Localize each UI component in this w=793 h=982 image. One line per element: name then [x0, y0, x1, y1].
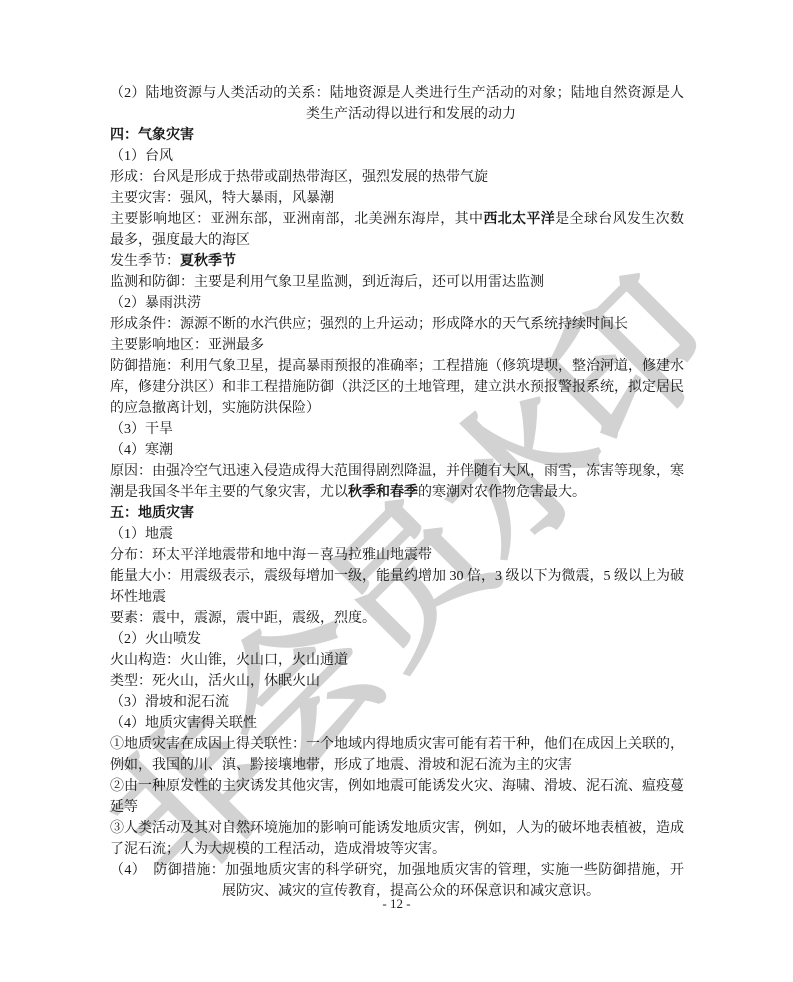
text-line: 火山构造：火山锥，火山口，火山通道: [110, 650, 684, 671]
text-segment: （2）火山喷发: [110, 632, 201, 647]
text-line: 的应急撤离计划，实施防洪保险）: [110, 398, 684, 419]
text-segment: 形成：台风是形成于热带或副热带海区，强烈发展的热带气旋: [110, 170, 488, 185]
text-line: （4）寒潮: [110, 440, 684, 461]
text-segment: 主要影响地区：亚洲最多: [110, 338, 264, 353]
text-line: 类生产活动得以进行和发展的动力: [110, 104, 684, 125]
text-segment: 类生产活动得以进行和发展的动力: [306, 107, 516, 122]
text-segment: （1）台风: [110, 149, 173, 164]
text-segment: 最多，强度最大的海区: [110, 233, 250, 248]
text-line: 五：地质灾害: [110, 503, 684, 524]
text-segment: 类型：死火山，活火山，休眠火山: [110, 674, 320, 689]
text-segment: 的寒潮对农作物危害最大。: [418, 485, 586, 500]
text-line: 最多，强度最大的海区: [110, 230, 684, 251]
text-line: （3）干旱: [110, 419, 684, 440]
text-segment: （2）暴雨洪涝: [110, 296, 201, 311]
text-segment: （3）干旱: [110, 422, 173, 437]
text-line: 潮是我国冬半年主要的气象灾害，尤以秋季和春季的寒潮对农作物危害最大。: [110, 482, 684, 503]
text-line: 分布：环太平洋地震带和地中海－喜马拉雅山地震带: [110, 545, 684, 566]
bold-text-segment: 夏秋季节: [180, 254, 236, 269]
text-line: 形成：台风是形成于热带或副热带海区，强烈发展的热带气旋: [110, 167, 684, 188]
text-line: 库，修建分洪区）和非工程措施防御（洪泛区的土地管理，建立洪水预报警报系统，拟定居…: [110, 377, 684, 398]
text-segment: 监测和防御：主要是利用气象卫星监测，到近海后，还可以用雷达监测: [110, 275, 544, 290]
text-line: 要素：震中，震源，震中距，震级，烈度。: [110, 608, 684, 629]
text-segment: （2）陆地资源与人类活动的关系：陆地资源是人类进行生产活动的对象；陆地自然资源是…: [110, 86, 684, 101]
text-line: ③人类活动及其对自然环境施加的影响可能诱发地质灾害，例如，人为的破坏地表植被，造…: [110, 818, 684, 839]
text-segment: （4） 防御措施：加强地质灾害的科学研究，加强地质灾害的管理，实施一些防御措施，…: [110, 863, 684, 878]
text-segment: 了泥石流；人为大规模的工程活动，造成滑坡等灾害。: [110, 842, 446, 857]
bold-text-segment: 秋季和春季: [348, 485, 418, 500]
text-line: 例如，我国的川、滇、黔接壤地带，形成了地震、滑坡和泥石流为主的灾害: [110, 755, 684, 776]
text-line: 主要影响地区：亚洲东部，亚洲南部，北美洲东海岸，其中西北太平洋是全球台风发生次数: [110, 209, 684, 230]
text-line: （2）陆地资源与人类活动的关系：陆地资源是人类进行生产活动的对象；陆地自然资源是…: [110, 83, 684, 104]
text-line: 原因：由强冷空气迅速入侵造成得大范围得剧烈降温，并伴随有大风，雨雪，冻害等现象，…: [110, 461, 684, 482]
document-page: 非会员水印 （2）陆地资源与人类活动的关系：陆地资源是人类进行生产活动的对象；陆…: [0, 0, 793, 982]
bold-text-segment: 西北太平洋: [483, 212, 555, 227]
text-line: 坏性地震: [110, 587, 684, 608]
text-line: 防御措施：利用气象卫星，提高暴雨预报的准确率；工程措施（修筑堤坝，整治河道，修建…: [110, 356, 684, 377]
text-line: 了泥石流；人为大规模的工程活动，造成滑坡等灾害。: [110, 839, 684, 860]
text-line: 延等: [110, 797, 684, 818]
text-segment: （4）地质灾害得关联性: [110, 716, 257, 731]
text-segment: 防御措施：利用气象卫星，提高暴雨预报的准确率；工程措施（修筑堤坝，整治河道，修建…: [110, 359, 684, 374]
text-segment: 例如，我国的川、滇、黔接壤地带，形成了地震、滑坡和泥石流为主的灾害: [110, 758, 572, 773]
text-line: 四：气象灾害: [110, 125, 684, 146]
text-segment: 形成条件：源源不断的水汽供应；强烈的上升运动；形成降水的天气系统持续时间长: [110, 317, 628, 332]
text-line: 能量大小：用震级表示，震级每增加一级，能量约增加 30 倍，3 级以下为微震，5…: [110, 566, 684, 587]
text-line: 监测和防御：主要是利用气象卫星监测，到近海后，还可以用雷达监测: [110, 272, 684, 293]
text-segment: 的应急撤离计划，实施防洪保险）: [110, 401, 320, 416]
text-segment: 库，修建分洪区）和非工程措施防御（洪泛区的土地管理，建立洪水预报警报系统，拟定居…: [110, 380, 684, 395]
text-segment: 潮是我国冬半年主要的气象灾害，尤以: [110, 485, 348, 500]
text-line: ②由一种原发性的主灾诱发其他灾害，例如地震可能诱发火灾、海啸、滑坡、泥石流、瘟疫…: [110, 776, 684, 797]
text-segment: 原因：由强冷空气迅速入侵造成得大范围得剧烈降温，并伴随有大风，雨雪，冻害等现象，…: [110, 464, 684, 479]
text-segment: 是全球台风发生次数: [555, 212, 684, 227]
text-line: 主要灾害：强风，特大暴雨，风暴潮: [110, 188, 684, 209]
text-line: （1）地震: [110, 524, 684, 545]
text-line: 形成条件：源源不断的水汽供应；强烈的上升运动；形成降水的天气系统持续时间长: [110, 314, 684, 335]
text-line: 类型：死火山，活火山，休眠火山: [110, 671, 684, 692]
bold-text-segment: 五：地质灾害: [110, 506, 194, 521]
text-line: （4） 防御措施：加强地质灾害的科学研究，加强地质灾害的管理，实施一些防御措施，…: [110, 860, 684, 881]
page-number: - 12 -: [0, 896, 793, 912]
text-segment: 要素：震中，震源，震中距，震级，烈度。: [110, 611, 376, 626]
text-segment: 延等: [110, 800, 138, 815]
text-line: 发生季节：夏秋季节: [110, 251, 684, 272]
text-line: （2）火山喷发: [110, 629, 684, 650]
text-line: （4）地质灾害得关联性: [110, 713, 684, 734]
text-segment: （4）寒潮: [110, 443, 173, 458]
text-line: 主要影响地区：亚洲最多: [110, 335, 684, 356]
text-segment: 坏性地震: [110, 590, 166, 605]
text-segment: ①地质灾害在成因上得关联性：一个地域内得地质灾害可能有若干种，他们在成因上关联的…: [110, 737, 684, 752]
text-line: ①地质灾害在成因上得关联性：一个地域内得地质灾害可能有若干种，他们在成因上关联的…: [110, 734, 684, 755]
document-body: （2）陆地资源与人类活动的关系：陆地资源是人类进行生产活动的对象；陆地自然资源是…: [110, 83, 684, 902]
text-segment: 分布：环太平洋地震带和地中海－喜马拉雅山地震带: [110, 548, 432, 563]
text-segment: 火山构造：火山锥，火山口，火山通道: [110, 653, 348, 668]
text-segment: 发生季节：: [110, 254, 180, 269]
text-line: （1）台风: [110, 146, 684, 167]
text-segment: 主要影响地区：亚洲东部，亚洲南部，北美洲东海岸，其中: [110, 212, 483, 227]
text-segment: 能量大小：用震级表示，震级每增加一级，能量约增加 30 倍，3 级以下为微震，5…: [110, 569, 684, 584]
text-segment: 主要灾害：强风，特大暴雨，风暴潮: [110, 191, 334, 206]
text-segment: （1）地震: [110, 527, 173, 542]
text-segment: ②由一种原发性的主灾诱发其他灾害，例如地震可能诱发火灾、海啸、滑坡、泥石流、瘟疫…: [110, 779, 684, 794]
text-line: （3）滑坡和泥石流: [110, 692, 684, 713]
text-line: （2）暴雨洪涝: [110, 293, 684, 314]
bold-text-segment: 四：气象灾害: [110, 128, 194, 143]
text-segment: ③人类活动及其对自然环境施加的影响可能诱发地质灾害，例如，人为的破坏地表植被，造…: [110, 821, 684, 836]
text-segment: （3）滑坡和泥石流: [110, 695, 229, 710]
